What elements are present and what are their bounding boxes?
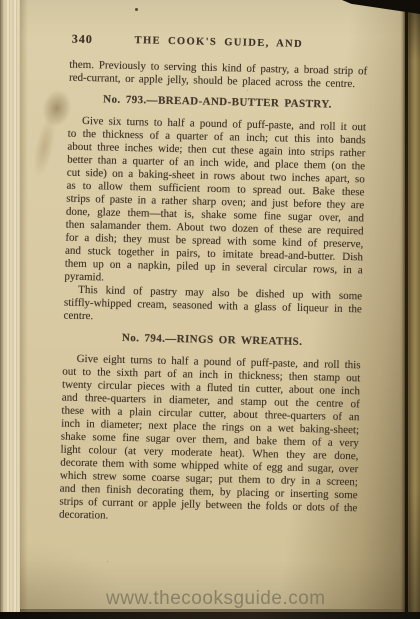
watermark-url-text: www.thecooksguide.com [106, 588, 326, 610]
recipe-794-paragraph-1: Give eight turns to half a pound of puff… [59, 353, 361, 529]
recipe-793-paragraph-2: This kind of pastry may also be dished u… [63, 284, 362, 330]
book-gutter-crease [405, 0, 408, 612]
paper-specks [20, 0, 23, 3]
page-header: 340 THE COOK'S GUIDE, AND [70, 33, 368, 54]
adjacent-page-edge [408, 0, 420, 612]
book-fore-edge-pages [0, 0, 22, 612]
recipe-793-paragraph-1: Give six turns to half a pound of puff-p… [64, 115, 366, 291]
scanned-book-page-photo: 340 THE COOK'S GUIDE, AND them. Previous… [0, 0, 420, 619]
table-surface [0, 612, 420, 619]
continuation-paragraph: them. Previously to serving this kind of… [69, 59, 368, 92]
printed-text-block: 340 THE COOK'S GUIDE, AND them. Previous… [59, 33, 368, 529]
section-heading-794: No. 794.—RINGS OR WREATHS. [63, 331, 361, 351]
section-heading-793: No. 793.—BREAD-AND-BUTTER PASTRY. [68, 93, 366, 113]
book-page: 340 THE COOK'S GUIDE, AND them. Previous… [20, 0, 407, 612]
running-header: THE COOK'S GUIDE, AND [70, 33, 368, 53]
page-number: 340 [72, 33, 93, 46]
